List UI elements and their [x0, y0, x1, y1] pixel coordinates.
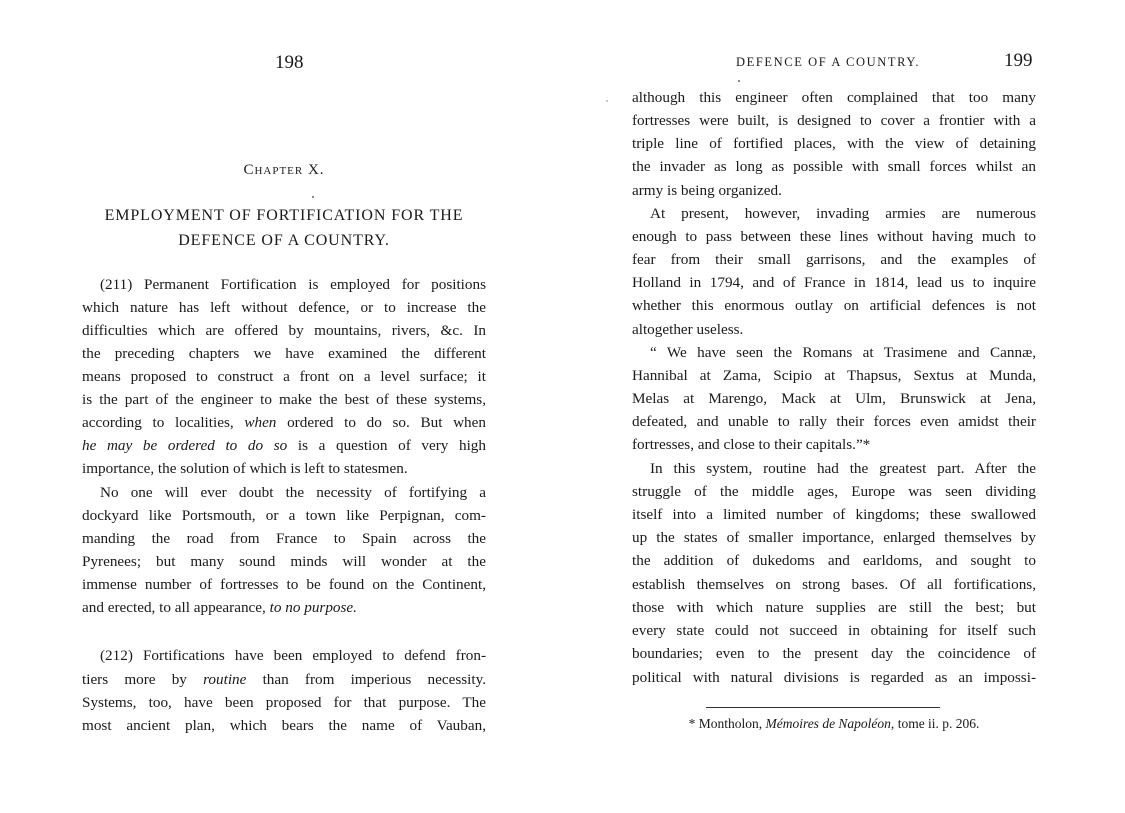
text-line: he may be ordered to do so is a question… — [82, 436, 486, 456]
text-line: Hannibal at Zama, Scipio at Thapsus, Sex… — [632, 366, 1036, 386]
text-line: tiers more by routine than from imperiou… — [82, 670, 486, 690]
text-line: fortresses were built, is designed to co… — [632, 111, 1036, 131]
text-line: itself into a limited number of kingdoms… — [632, 505, 1036, 525]
text-line: the invader as long as possible with sma… — [632, 157, 1036, 177]
footnote-reference: tome ii. p. 206. — [894, 716, 979, 731]
text-line: struggle of the middle ages, Europe was … — [632, 482, 1036, 502]
chapter-title-line-2: DEFENCE OF A COUNTRY. — [82, 228, 486, 253]
text-line: which nature has left without defence, o… — [82, 298, 486, 318]
text-line: “ We have seen the Romans at Trasimene a… — [650, 343, 1036, 363]
text-line: up the states of smaller importance, enl… — [632, 528, 1036, 548]
text-line: according to localities, when ordered to… — [82, 413, 486, 433]
text-line: the preceding chapters we have examined … — [82, 344, 486, 364]
emphasis: he may be ordered to do so — [82, 437, 287, 454]
footnote: * Montholon, Mémoires de Napoléon, tome … — [632, 716, 1036, 732]
text-line: In this system, routine had the greatest… — [650, 459, 1036, 479]
print-speck — [738, 80, 740, 82]
text-line: army is being organized. — [632, 181, 1036, 201]
text-line: altogether useless. — [632, 320, 1036, 340]
text-line: means proposed to construct a front on a… — [82, 367, 486, 387]
text-line: triple line of fortified places, with th… — [632, 134, 1036, 154]
text-line: whether this enormous outlay on artifici… — [632, 296, 1036, 316]
text-line: enough to pass between these lines witho… — [632, 227, 1036, 247]
text-line: defeated, and unable to rally their forc… — [632, 412, 1036, 432]
text-line: political with natural divisions is rega… — [632, 668, 1036, 688]
text-line: most ancient plan, which bears the name … — [82, 716, 486, 736]
text-line: immense number of fortresses to be found… — [82, 575, 486, 595]
chapter-heading: Chapter X. — [82, 162, 486, 179]
text-line: boundaries; even to the present day the … — [632, 644, 1036, 664]
print-speck — [312, 196, 314, 198]
text-line: At present, however, invading armies are… — [650, 204, 1036, 224]
text-line: fortresses, and close to their capitals.… — [632, 435, 1036, 455]
footnote-rule — [706, 707, 940, 708]
text-line: establish themselves on strong bases. Of… — [632, 575, 1036, 595]
text-line: and erected, to all appearance, to no pu… — [82, 598, 486, 618]
print-speck — [606, 100, 608, 102]
text-line: the addition of dukedoms and earldoms, a… — [632, 551, 1036, 571]
text-line: those with which nature supplies are sti… — [632, 598, 1036, 618]
text-line: difficulties which are offered by mounta… — [82, 321, 486, 341]
text-line: Systems, too, have been proposed for tha… — [82, 693, 486, 713]
text-line: every state could not succeed in obtaini… — [632, 621, 1036, 641]
chapter-title: EMPLOYMENT OF FORTIFICATION FOR THE DEFE… — [82, 203, 486, 253]
text-line: although this engineer often complained … — [632, 88, 1036, 108]
text-line: manding the road from France to Spain ac… — [82, 529, 486, 549]
running-head: DEFENCE OF A COUNTRY. — [736, 55, 920, 70]
emphasis: to no purpose. — [270, 599, 357, 616]
text-line: is the part of the engineer to make the … — [82, 390, 486, 410]
text-line: dockyard like Portsmouth, or a town like… — [82, 506, 486, 526]
text-line: Melas at Marengo, Mack at Ulm, Brunswick… — [632, 389, 1036, 409]
text-line: No one will ever doubt the necessity of … — [100, 483, 486, 503]
text-line: fear from their small garrisons, and the… — [632, 250, 1036, 270]
text-line: (212) Fortifications have been employed … — [100, 646, 486, 666]
chapter-title-line-1: EMPLOYMENT OF FORTIFICATION FOR THE — [82, 203, 486, 228]
text-line: importance, the solution of which is lef… — [82, 459, 486, 479]
text-line: Holland in 1794, and of France in 1814, … — [632, 273, 1036, 293]
text-line: (211) Permanent Fortification is employe… — [100, 275, 486, 295]
footnote-work-title: Mémoires de Napoléon, — [765, 716, 894, 731]
emphasis: when — [244, 414, 276, 431]
emphasis: routine — [203, 671, 246, 688]
page-number: 198 — [275, 52, 304, 74]
page-number: 199 — [1004, 50, 1033, 72]
text-line: Pyrenees; but many sound minds will wond… — [82, 552, 486, 572]
footnote-marker: * Montholon, — [689, 716, 766, 731]
